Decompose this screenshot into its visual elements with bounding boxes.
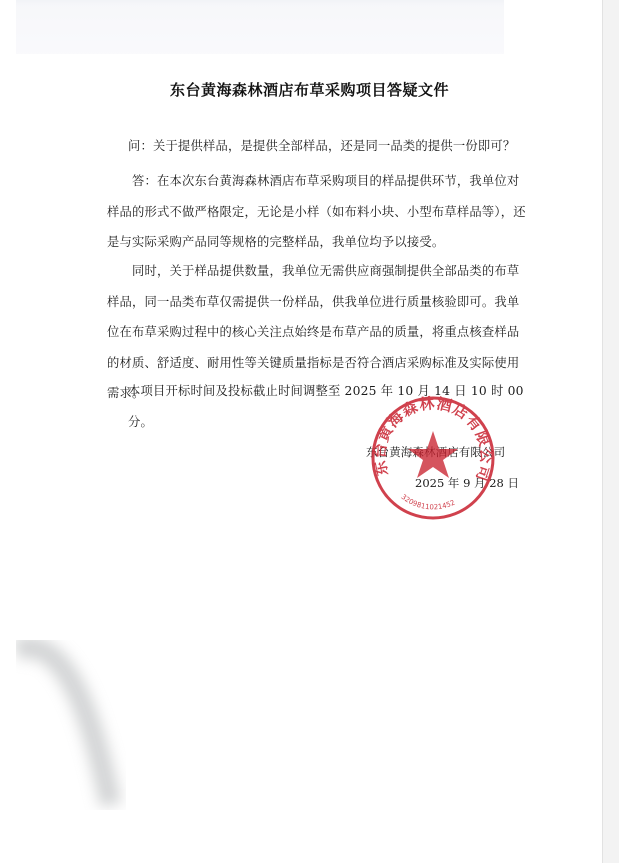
scan-artifact-top	[16, 0, 504, 54]
document-title: 东台黄海森林酒店布草采购项目答疑文件	[0, 79, 619, 100]
signature-date: 2025 年 9 月 28 日	[415, 475, 519, 491]
signature-company: 东台黄海森林酒店有限公司	[366, 444, 505, 460]
vertical-scrollbar[interactable]	[602, 0, 619, 863]
schedule-notice: 本项目开标时间及投标截止时间调整至 2025 年 10 月 14 日 10 时 …	[128, 376, 548, 437]
question-text: 问：关于提供样品，是提供全部样品，还是同一品类的提供一份即可？	[128, 131, 548, 162]
answer-paragraph-1: 答：在本次东台黄海森林酒店布草采购项目的样品提供环节，我单位对样品的形式不做严格…	[107, 166, 527, 258]
